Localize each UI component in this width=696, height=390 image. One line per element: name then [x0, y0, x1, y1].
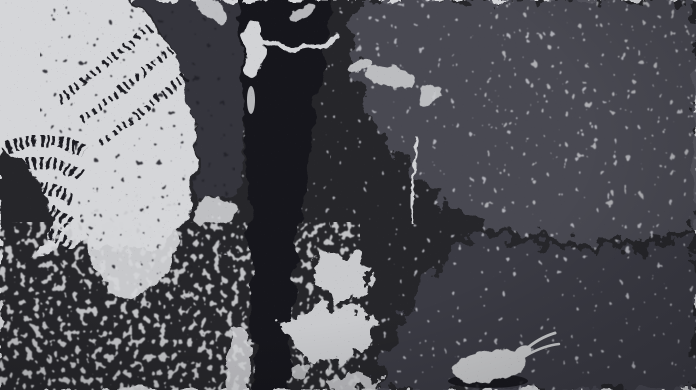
photograph: [0, 0, 696, 390]
screenshot-root: [0, 0, 696, 390]
photo-canvas: [0, 0, 696, 390]
vignette: [0, 0, 696, 390]
